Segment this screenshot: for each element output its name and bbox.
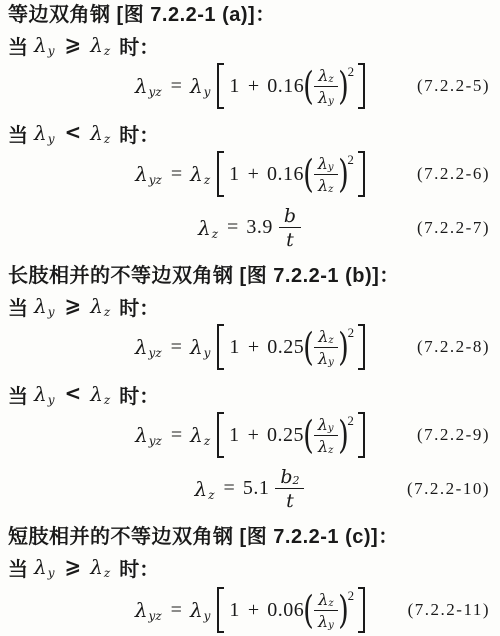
lambda-symbol: λ (90, 294, 103, 318)
condition-suffix: 时： (119, 31, 159, 60)
less-than-sign: < (64, 120, 81, 144)
subscript: z (328, 445, 333, 456)
number-one: 1 (229, 75, 240, 98)
plus-sign: + (248, 336, 259, 359)
lambda-symbol: λ (90, 555, 103, 579)
condition-prefix: 当 (8, 380, 28, 409)
formula: λyz = λy 1 + 0.25 ( λz λy ) 2 (135, 324, 365, 370)
subscript: z (212, 227, 218, 241)
equals-sign: = (171, 163, 182, 186)
coefficient: 0.25 (267, 424, 304, 447)
greater-equal-sign: ⩾ (64, 32, 81, 56)
coefficient: 0.25 (267, 336, 304, 359)
coefficient: 5.1 (243, 477, 270, 500)
right-square-bracket (358, 63, 365, 109)
lambda-symbol: λ (318, 88, 328, 107)
plus-sign: + (248, 75, 259, 98)
number-one: 1 (229, 424, 240, 447)
exponent: 2 (348, 588, 355, 604)
formula: λz = 3.9 b t (198, 204, 302, 251)
formula: λyz = λz 1 + 0.16 ( λy λz ) 2 (135, 151, 365, 197)
plus-sign: + (248, 163, 259, 186)
lambda-symbol: λ (190, 74, 203, 98)
fraction-numerator: b (279, 204, 301, 228)
left-paren: ( (303, 65, 314, 107)
lambda-symbol: λ (195, 477, 208, 501)
lambda-symbol: λ (318, 415, 328, 434)
plus-sign: + (248, 599, 259, 622)
lambda-symbol: λ (34, 121, 47, 145)
equation-row-7-2-2-11: λyz = λy 1 + 0.06 ( λz λy ) 2 (7.2.2-11) (0, 584, 500, 636)
condition-suffix: 时： (119, 292, 159, 321)
condition-lambda-y-ge-lambda-z: 当 λy ⩾ λz 时： (0, 552, 500, 582)
left-square-bracket (217, 324, 224, 370)
lambda-symbol: λ (318, 327, 328, 346)
variable-t: t (286, 490, 294, 512)
equation-row-7-2-2-8: λyz = λy 1 + 0.25 ( λz λy ) 2 (7.2.2-8) (0, 321, 500, 373)
equals-sign: = (171, 599, 182, 622)
subscript: y (328, 423, 334, 434)
subscript: yz (149, 434, 162, 448)
lambda-symbol: λ (190, 423, 203, 447)
subscript-z: z (104, 305, 110, 319)
subscript-y: y (48, 305, 55, 319)
lambda-symbol: λ (318, 176, 328, 195)
left-square-bracket (217, 151, 224, 197)
lambda-symbol: λ (34, 33, 47, 57)
number-one: 1 (229, 163, 240, 186)
fraction-numerator: λz (314, 326, 337, 348)
fraction: b t (279, 204, 301, 251)
condition-lambda-y-ge-lambda-z: 当 λy ⩾ λz 时： (0, 291, 500, 321)
fraction-denominator: λy (314, 611, 338, 632)
subscript-z: z (104, 132, 110, 146)
coefficient: 3.9 (246, 216, 273, 239)
fraction-denominator: λy (314, 87, 338, 108)
subscript: y (204, 346, 211, 360)
lambda-symbol: λ (318, 437, 328, 456)
fraction: λz λy (314, 65, 338, 108)
lambda-symbol: λ (90, 382, 103, 406)
variable-b: b (284, 205, 296, 227)
less-than-sign: < (64, 381, 81, 405)
subscript-y: y (48, 393, 55, 407)
variable-t: t (286, 229, 294, 251)
plus-sign: + (248, 424, 259, 447)
exponent: 2 (348, 64, 355, 80)
subscript: yz (149, 173, 162, 187)
section-heading-short-leg-unequal-double-angle: 短肢相并的不等边双角钢 [图 7.2.2-1 (c)]： (0, 522, 500, 552)
left-square-bracket (217, 587, 224, 633)
lambda-symbol: λ (34, 382, 47, 406)
equation-number: (7.2.2-5) (417, 76, 490, 96)
subscript: z (328, 335, 333, 346)
subscript-z: z (104, 566, 110, 580)
equation-number: (7.2.2-9) (417, 425, 490, 445)
equation-row-7-2-2-7: λz = 3.9 b t (7.2.2-7) (0, 204, 500, 251)
left-paren: ( (303, 153, 314, 195)
equals-sign: = (171, 424, 182, 447)
condition-lambda-y-ge-lambda-z: 当 λy ⩾ λz 时： (0, 30, 500, 60)
variable-b: b (280, 466, 292, 488)
fraction: λy λz (314, 414, 338, 457)
left-paren: ( (303, 414, 314, 456)
lambda-symbol: λ (34, 555, 47, 579)
coefficient: 0.06 (267, 599, 304, 622)
subscript: y (328, 357, 334, 368)
lambda-symbol: λ (318, 66, 328, 85)
fraction-denominator: λz (314, 175, 337, 196)
fraction-denominator: t (281, 489, 299, 512)
exponent: 2 (347, 413, 354, 429)
fraction-numerator: λz (314, 65, 337, 87)
lambda-symbol: λ (318, 154, 328, 173)
number-one: 1 (229, 599, 240, 622)
equals-sign: = (171, 336, 182, 359)
fraction-numerator: λz (314, 589, 337, 611)
formula: λyz = λy 1 + 0.16 ( λz λy ) 2 (135, 63, 365, 109)
lambda-symbol: λ (135, 162, 148, 186)
fraction-denominator: λz (314, 436, 337, 457)
right-square-bracket (358, 587, 365, 633)
condition-prefix: 当 (8, 292, 28, 321)
subscript: y (328, 620, 334, 631)
subscript: 2 (292, 474, 299, 487)
coefficient: 0.16 (267, 75, 304, 98)
fraction: b2 t (275, 465, 304, 512)
fraction-numerator: b2 (275, 465, 304, 489)
equation-number: (7.2.2-6) (417, 164, 490, 184)
formula: λyz = λy 1 + 0.06 ( λz λy ) 2 (135, 587, 365, 633)
subscript: yz (149, 609, 162, 623)
greater-equal-sign: ⩾ (64, 554, 81, 578)
subscript: z (208, 488, 214, 502)
left-paren: ( (303, 326, 314, 368)
fraction: λz λy (314, 589, 338, 632)
lambda-symbol: λ (190, 598, 203, 622)
subscript: z (328, 598, 333, 609)
subscript: yz (149, 85, 162, 99)
lambda-symbol: λ (318, 590, 328, 609)
section-heading-long-leg-unequal-double-angle: 长肢相并的不等边双角钢 [图 7.2.2-1 (b)]： (0, 261, 500, 291)
lambda-symbol: λ (135, 74, 148, 98)
subscript-z: z (104, 393, 110, 407)
subscript: z (328, 74, 333, 85)
right-square-bracket (358, 324, 365, 370)
left-paren: ( (303, 589, 314, 631)
subscript: y (204, 85, 211, 99)
document-page: 等边双角钢 [图 7.2.2-1 (a)]： 当 λy ⩾ λz 时： λyz … (0, 0, 500, 636)
condition-lambda-y-lt-lambda-z: 当 λy < λz 时： (0, 118, 500, 148)
subscript: y (328, 96, 334, 107)
lambda-symbol: λ (190, 162, 203, 186)
subscript: y (328, 162, 334, 173)
formula: λz = 5.1 b2 t (195, 465, 306, 512)
subscript: z (204, 173, 210, 187)
section-heading-equal-leg-double-angle: 等边双角钢 [图 7.2.2-1 (a)]： (0, 0, 500, 30)
equation-number: (7.2.2-11) (408, 600, 490, 620)
equation-row-7-2-2-5: λyz = λy 1 + 0.16 ( λz λy ) 2 (7.2.2-5) (0, 60, 500, 112)
equation-row-7-2-2-6: λyz = λz 1 + 0.16 ( λy λz ) 2 (7.2.2-6) (0, 148, 500, 200)
exponent: 2 (348, 325, 355, 341)
equation-row-7-2-2-9: λyz = λz 1 + 0.25 ( λy λz ) 2 (7.2.2-9) (0, 409, 500, 461)
equals-sign: = (224, 477, 235, 500)
condition-suffix: 时： (119, 553, 159, 582)
lambda-symbol: λ (135, 335, 148, 359)
condition-lambda-y-lt-lambda-z: 当 λy < λz 时： (0, 379, 500, 409)
subscript: yz (149, 346, 162, 360)
subscript-y: y (48, 132, 55, 146)
lambda-symbol: λ (318, 349, 328, 368)
left-square-bracket (217, 63, 224, 109)
lambda-symbol: λ (135, 598, 148, 622)
subscript: z (328, 184, 333, 195)
condition-prefix: 当 (8, 119, 28, 148)
lambda-symbol: λ (34, 294, 47, 318)
fraction: λy λz (314, 153, 338, 196)
condition-prefix: 当 (8, 553, 28, 582)
right-square-bracket (358, 151, 365, 197)
equation-number: (7.2.2-7) (417, 218, 490, 238)
condition-prefix: 当 (8, 31, 28, 60)
equation-number: (7.2.2-8) (417, 337, 490, 357)
formula: λyz = λz 1 + 0.25 ( λy λz ) 2 (135, 412, 365, 458)
fraction-denominator: λy (314, 348, 338, 369)
subscript: z (204, 434, 210, 448)
subscript-y: y (48, 566, 55, 580)
lambda-symbol: λ (318, 612, 328, 631)
left-square-bracket (217, 412, 224, 458)
condition-suffix: 时： (119, 380, 159, 409)
equation-number: (7.2.2-10) (407, 479, 490, 499)
equation-row-7-2-2-10: λz = 5.1 b2 t (7.2.2-10) (0, 465, 500, 512)
coefficient: 0.16 (267, 163, 304, 186)
lambda-symbol: λ (90, 33, 103, 57)
fraction-numerator: λy (314, 414, 338, 436)
number-one: 1 (229, 336, 240, 359)
exponent: 2 (347, 152, 354, 168)
right-square-bracket (358, 412, 365, 458)
subscript: y (204, 609, 211, 623)
subscript-y: y (48, 44, 55, 58)
greater-equal-sign: ⩾ (64, 293, 81, 317)
lambda-symbol: λ (90, 121, 103, 145)
fraction-denominator: t (281, 228, 299, 251)
fraction: λz λy (314, 326, 338, 369)
fraction-numerator: λy (314, 153, 338, 175)
lambda-symbol: λ (190, 335, 203, 359)
equals-sign: = (227, 216, 238, 239)
lambda-symbol: λ (198, 216, 211, 240)
subscript-z: z (104, 44, 110, 58)
equals-sign: = (171, 75, 182, 98)
condition-suffix: 时： (119, 119, 159, 148)
lambda-symbol: λ (135, 423, 148, 447)
